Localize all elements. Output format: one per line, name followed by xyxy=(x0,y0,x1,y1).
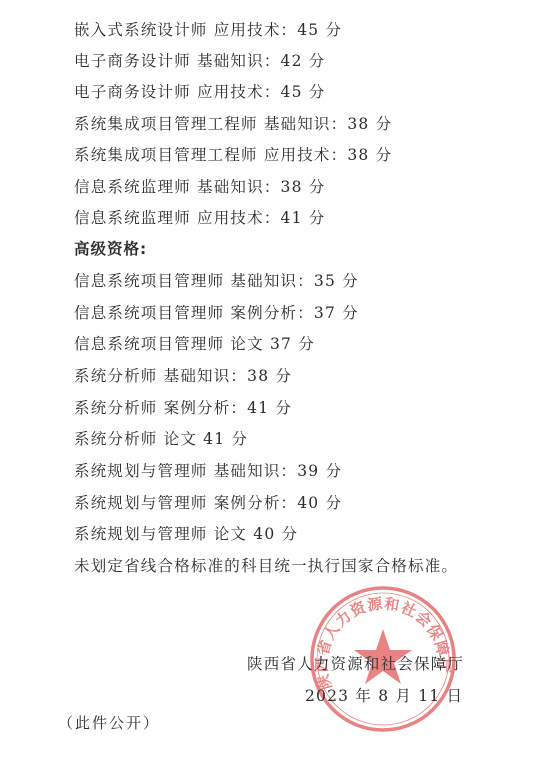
score-line: 系统集成项目管理工程师 应用技术：38 分 xyxy=(74,145,392,165)
score-line: 嵌入式系统设计师 应用技术：45 分 xyxy=(74,20,342,40)
score-line: 电子商务设计师 应用技术：45 分 xyxy=(74,82,325,102)
public-disclosure-note: （此件公开） xyxy=(58,712,160,733)
score-line: 电子商务设计师 基础知识：42 分 xyxy=(74,51,325,71)
score-line: 信息系统项目管理师 基础知识：35 分 xyxy=(74,271,359,291)
score-line: 系统分析师 案例分析：41 分 xyxy=(74,398,292,418)
score-line: 信息系统项目管理师 论文 37 分 xyxy=(74,334,315,354)
score-line: 系统规划与管理师 案例分析：40 分 xyxy=(74,493,342,513)
score-line: 系统分析师 论文 41 分 xyxy=(74,429,248,449)
issuing-organization: 陕西省人力资源和社会保障厅 xyxy=(247,652,464,674)
score-line: 系统集成项目管理工程师 基础知识：38 分 xyxy=(74,114,392,134)
section-heading-senior: 高级资格: xyxy=(74,239,147,259)
score-line: 信息系统监理师 基础知识：38 分 xyxy=(74,177,325,197)
score-line: 系统规划与管理师 论文 40 分 xyxy=(74,524,298,544)
note-line: 未划定省线合格标准的科目统一执行国家合格标准。 xyxy=(74,556,458,576)
score-line: 系统分析师 基础知识：38 分 xyxy=(74,366,292,386)
score-line: 信息系统项目管理师 案例分析：37 分 xyxy=(74,303,359,323)
score-line: 系统规划与管理师 基础知识：39 分 xyxy=(74,461,342,481)
score-line: 信息系统监理师 应用技术：41 分 xyxy=(74,208,325,228)
issue-date: 2023 年 8 月 11 日 xyxy=(305,684,463,706)
